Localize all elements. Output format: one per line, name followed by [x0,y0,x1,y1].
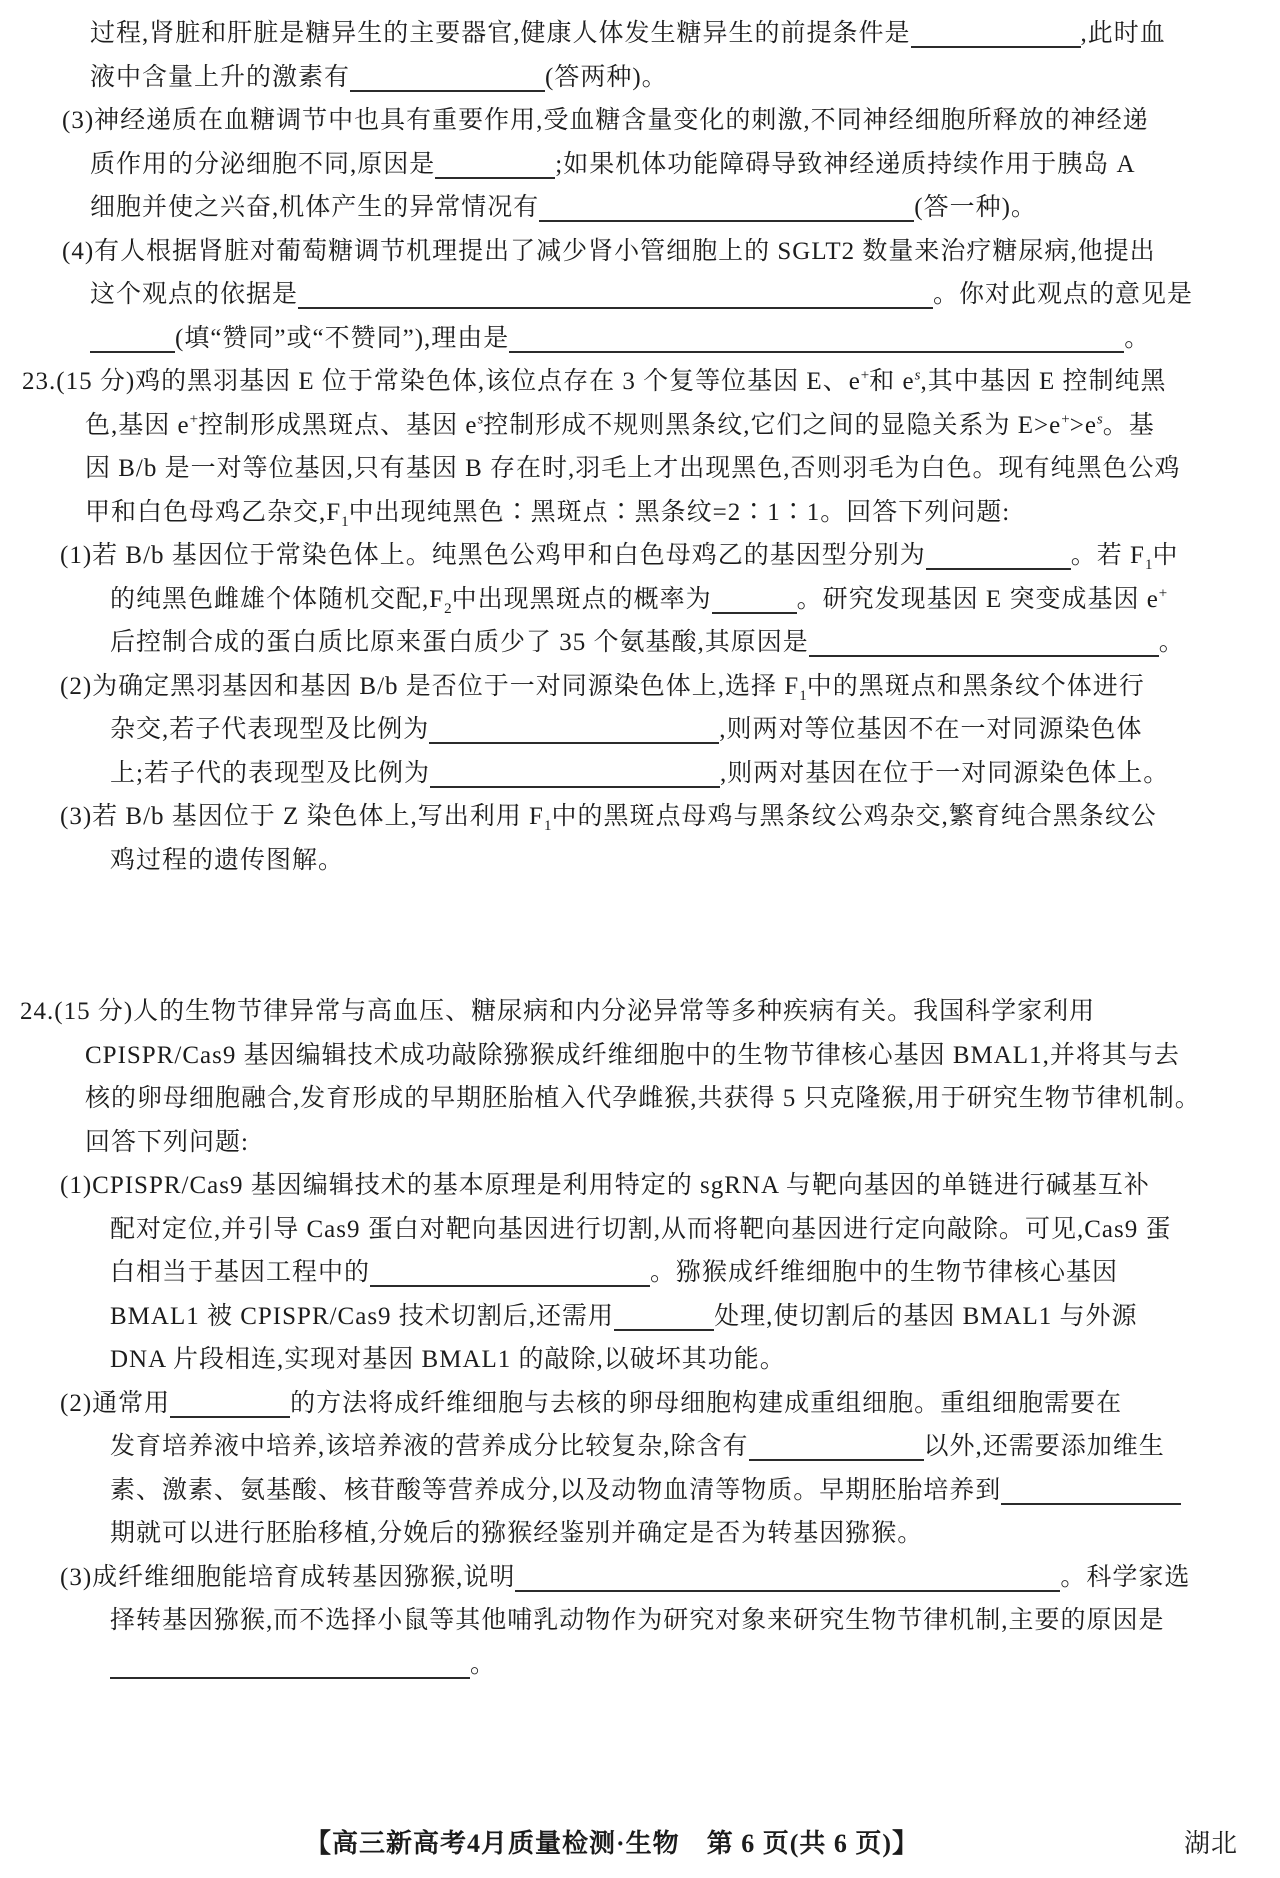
subscript: 1 [341,514,349,530]
text-run: 以外,还需要添加维生 [924,1433,1165,1460]
text-run: 。 [1159,629,1185,656]
text-run: 质作用的分泌细胞不同,原因是 [90,151,435,178]
text-run: (2)为确定黑羽基因和基因 B/b 是否位于一对同源染色体上,选择 F [60,673,799,700]
text-line: (4)有人根据肾脏对葡萄糖调节机理提出了减少肾小管细胞上的 SGLT2 数量来治… [0,230,1280,274]
text-line: (2)通常用的方法将成纤维细胞与去核的卵母细胞构建成重组细胞。重组细胞需要在 [0,1382,1280,1426]
text-run: (4)有人根据肾脏对葡萄糖调节机理提出了减少肾小管细胞上的 SGLT2 数量来治… [62,238,1156,265]
text-run: 。基 [1103,412,1155,439]
text-run: (3)成纤维细胞能培育成转基因猕猴,说明 [60,1564,515,1591]
answer-blank [90,321,175,353]
answer-blank [298,277,933,309]
text-run: 核的卵母细胞融合,发育形成的早期胚胎植入代孕雌猴,共获得 5 只克隆猴,用于研究… [85,1085,1201,1112]
text-run: 中出现纯黑色∶黑斑点∶黑条纹=2∶1∶1。回答下列问题: [349,499,1011,526]
text-line: (填“赞同”或“不赞同”),理由是。 [0,317,1280,361]
text-run: 素、激素、氨基酸、核苷酸等营养成分,以及动物血清等物质。早期胚胎培养到 [110,1477,1001,1504]
answer-blank [170,1386,290,1418]
text-run: ;如果机体功能障碍导致神经递质持续作用于胰岛 A [555,151,1135,178]
text-run: (2)通常用 [60,1390,170,1417]
text-line: 液中含量上升的激素有(答两种)。 [0,56,1280,100]
text-run: (3)若 B/b 基因位于 Z 染色体上,写出利用 F [60,803,544,830]
text-line: 核的卵母细胞融合,发育形成的早期胚胎植入代孕雌猴,共获得 5 只克隆猴,用于研究… [0,1077,1280,1121]
text-run: 后控制合成的蛋白质比原来蛋白质少了 35 个氨基酸,其原因是 [110,629,809,656]
text-run: 23.(15 分)鸡的黑羽基因 E 位于常染色体,该位点存在 3 个复等位基因 … [22,368,861,395]
text-run: (1)若 B/b 基因位于常染色体上。纯黑色公鸡甲和白色母鸡乙的基因型分别为 [60,542,926,569]
text-line: 过程,肾脏和肝脏是糖异生的主要器官,健康人体发生糖异生的前提条件是,此时血 [0,12,1280,56]
superscript: + [1159,585,1167,601]
text-run: CPISPR/Cas9 基因编辑技术成功敲除猕猴成纤维细胞中的生物节律核心基因 … [85,1042,1180,1069]
text-run: 白相当于基因工程中的 [110,1259,370,1286]
text-run: (答两种)。 [545,64,668,91]
text-line: 鸡过程的遗传图解。 [0,839,1280,883]
text-run: 期就可以进行胚胎移植,分娩后的猕猴经鉴别并确定是否为转基因猕猴。 [110,1520,923,1547]
superscript: + [1061,411,1069,427]
text-run: 这个观点的依据是 [90,281,298,308]
text-run: 。猕猴成纤维细胞中的生物节律核心基因 [650,1259,1118,1286]
text-line: 白相当于基因工程中的。猕猴成纤维细胞中的生物节律核心基因 [0,1251,1280,1295]
text-run: 过程,肾脏和肝脏是糖异生的主要器官,健康人体发生糖异生的前提条件是 [90,20,911,47]
text-run: 择转基因猕猴,而不选择小鼠等其他哺乳动物作为研究对象来研究生物节律机制,主要的原… [110,1607,1165,1634]
text-line: (1)若 B/b 基因位于常染色体上。纯黑色公鸡甲和白色母鸡乙的基因型分别为。若… [0,534,1280,578]
text-run: 鸡过程的遗传图解。 [110,847,344,874]
superscript: + [861,368,869,384]
text-run: 。研究发现基因 E 突变成基因 e [797,586,1159,613]
text-line: 质作用的分泌细胞不同,原因是;如果机体功能障碍导致神经递质持续作用于胰岛 A [0,143,1280,187]
text-line: 这个观点的依据是。你对此观点的意见是 [0,273,1280,317]
footer-page-number: 第 6 页(共 6 页)】 [680,1829,919,1858]
text-run: 色,基因 e [85,412,190,439]
text-line: 因 B/b 是一对等位基因,只有基因 B 存在时,羽毛上才出现黑色,否则羽毛为白… [0,447,1280,491]
answer-blank [435,147,555,179]
text-run: 中 [1152,542,1178,569]
text-line: (1)CPISPR/Cas9 基因编辑技术的基本原理是利用特定的 sgRNA 与… [0,1164,1280,1208]
text-line: 甲和白色母鸡乙杂交,F1中出现纯黑色∶黑斑点∶黑条纹=2∶1∶1。回答下列问题: [0,491,1280,535]
text-run: 。你对此观点的意见是 [933,281,1193,308]
text-line: 23.(15 分)鸡的黑羽基因 E 位于常染色体,该位点存在 3 个复等位基因 … [0,360,1280,404]
text-line: 择转基因猕猴,而不选择小鼠等其他哺乳动物作为研究对象来研究生物节律机制,主要的原… [0,1599,1280,1643]
answer-blank [1001,1473,1181,1505]
text-run: DNA 片段相连,实现对基因 BMAL1 的敲除,以破坏其功能。 [110,1346,786,1373]
text-run: 处理,使切割后的基因 BMAL1 与外源 [714,1303,1137,1330]
answer-blank [712,582,797,614]
text-run: 中出现黑斑点的概率为 [452,586,712,613]
text-run: 发育培养液中培养,该培养液的营养成分比较复杂,除含有 [110,1433,749,1460]
text-run: 中的黑斑点和黑条纹个体进行 [807,673,1145,700]
superscript: + [190,411,198,427]
footer-title-prefix: 【高三新高考4月质量检测· [305,1829,626,1858]
text-run: 的纯黑色雌雄个体随机交配,F [110,586,444,613]
answer-blank [614,1299,714,1331]
answer-blank [350,60,545,92]
text-line: 发育培养液中培养,该培养液的营养成分比较复杂,除含有以外,还需要添加维生 [0,1425,1280,1469]
text-run: 。 [470,1651,496,1678]
answer-blank [539,190,914,222]
answer-blank [509,321,1124,353]
text-line: BMAL1 被 CPISPR/Cas9 技术切割后,还需用处理,使切割后的基因 … [0,1295,1280,1339]
diagram-answer-space [0,882,1280,990]
text-run: 的方法将成纤维细胞与去核的卵母细胞构建成重组细胞。重组细胞需要在 [290,1390,1122,1417]
text-run: ,其中基因 E 控制纯黑 [920,368,1166,395]
subscript: 1 [799,688,807,704]
text-run: 细胞并使之兴奋,机体产生的异常情况有 [90,194,539,221]
text-run: 和 e [869,368,914,395]
text-run: 上;若子代的表现型及比例为 [110,760,430,787]
subscript: 2 [444,601,452,617]
text-run: ,则两对基因在位于一对同源染色体上。 [720,760,1169,787]
answer-blank [809,625,1159,657]
text-run: 甲和白色母鸡乙杂交,F [85,499,341,526]
footer-exam-title: 【高三新高考4月质量检测·生物 第 6 页(共 6 页)】 [305,1823,919,1860]
text-line: 的纯黑色雌雄个体随机交配,F2中出现黑斑点的概率为。研究发现基因 E 突变成基因… [0,578,1280,622]
text-line: 上;若子代的表现型及比例为,则两对基因在位于一对同源染色体上。 [0,752,1280,796]
text-run: (3)神经递质在血糖调节中也具有重要作用,受血糖含量变化的刺激,不同神经细胞所释… [62,107,1149,134]
text-line: (3)若 B/b 基因位于 Z 染色体上,写出利用 F1中的黑斑点母鸡与黑条纹公… [0,795,1280,839]
text-run: 。 [1124,325,1150,352]
text-line: 色,基因 e+控制形成黑斑点、基因 es控制形成不规则黑条纹,它们之间的显隐关系… [0,404,1280,448]
answer-blank [515,1560,1060,1592]
text-line: 配对定位,并引导 Cas9 蛋白对靶向基因进行切割,从而将靶向基因进行定向敲除。… [0,1208,1280,1252]
text-run: 中的黑斑点母鸡与黑条纹公鸡杂交,繁育纯合黑条纹公 [551,803,1156,830]
text-line: 24.(15 分)人的生物节律异常与高血压、糖尿病和内分泌异常等多种疾病有关。我… [0,990,1280,1034]
answer-blank [749,1429,924,1461]
text-run: 控制形成不规则黑条纹,它们之间的显隐关系为 E>e [483,412,1061,439]
text-run: >e [1070,412,1097,439]
text-run: (答一种)。 [914,194,1037,221]
answer-blank [370,1255,650,1287]
text-line: 期就可以进行胚胎移植,分娩后的猕猴经鉴别并确定是否为转基因猕猴。 [0,1512,1280,1556]
text-line: 杂交,若子代表现型及比例为,则两对等位基因不在一对同源染色体 [0,708,1280,752]
footer-subject-label: 生物 [626,1828,680,1858]
answer-blank [430,756,720,788]
text-line: 回答下列问题: [0,1121,1280,1165]
text-line: 后控制合成的蛋白质比原来蛋白质少了 35 个氨基酸,其原因是。 [0,621,1280,665]
text-run: 回答下列问题: [85,1129,249,1156]
answer-blank [911,16,1081,48]
text-run: ,此时血 [1081,20,1166,47]
text-run: ,则两对等位基因不在一对同源染色体 [719,716,1142,743]
text-line: 细胞并使之兴奋,机体产生的异常情况有(答一种)。 [0,186,1280,230]
text-line: (3)成纤维细胞能培育成转基因猕猴,说明。科学家选 [0,1556,1280,1600]
answer-blank [429,712,719,744]
text-line: 。 [0,1643,1280,1687]
text-line: DNA 片段相连,实现对基因 BMAL1 的敲除,以破坏其功能。 [0,1338,1280,1382]
text-line: (2)为确定黑羽基因和基因 B/b 是否位于一对同源染色体上,选择 F1中的黑斑… [0,665,1280,709]
text-run: BMAL1 被 CPISPR/Cas9 技术切割后,还需用 [110,1303,614,1330]
text-run: 因 B/b 是一对等位基因,只有基因 B 存在时,羽毛上才出现黑色,否则羽毛为白… [85,455,1181,482]
text-run: 液中含量上升的激素有 [90,64,350,91]
text-run: 控制形成黑斑点、基因 e [198,412,477,439]
footer-region-label: 湖北 [1184,1823,1238,1860]
answer-blank [926,538,1071,570]
text-line: CPISPR/Cas9 基因编辑技术成功敲除猕猴成纤维细胞中的生物节律核心基因 … [0,1034,1280,1078]
text-run: 配对定位,并引导 Cas9 蛋白对靶向基因进行切割,从而将靶向基因进行定向敲除。… [110,1216,1172,1243]
text-run: 24.(15 分)人的生物节律异常与高血压、糖尿病和内分泌异常等多种疾病有关。我… [20,998,1095,1025]
text-run: (1)CPISPR/Cas9 基因编辑技术的基本原理是利用特定的 sgRNA 与… [60,1172,1150,1199]
text-run: 杂交,若子代表现型及比例为 [110,716,429,743]
text-run: 。若 F [1071,542,1145,569]
text-run: (填“赞同”或“不赞同”),理由是 [175,325,509,352]
text-run: 。科学家选 [1060,1564,1190,1591]
exam-page: 过程,肾脏和肝脏是糖异生的主要器官,健康人体发生糖异生的前提条件是,此时血液中含… [0,0,1280,1686]
text-line: 素、激素、氨基酸、核苷酸等营养成分,以及动物血清等物质。早期胚胎培养到 [0,1469,1280,1513]
page-footer: 【高三新高考4月质量检测·生物 第 6 页(共 6 页)】 湖北 [0,1823,1280,1860]
text-line: (3)神经递质在血糖调节中也具有重要作用,受血糖含量变化的刺激,不同神经细胞所释… [0,99,1280,143]
answer-blank [110,1647,470,1679]
